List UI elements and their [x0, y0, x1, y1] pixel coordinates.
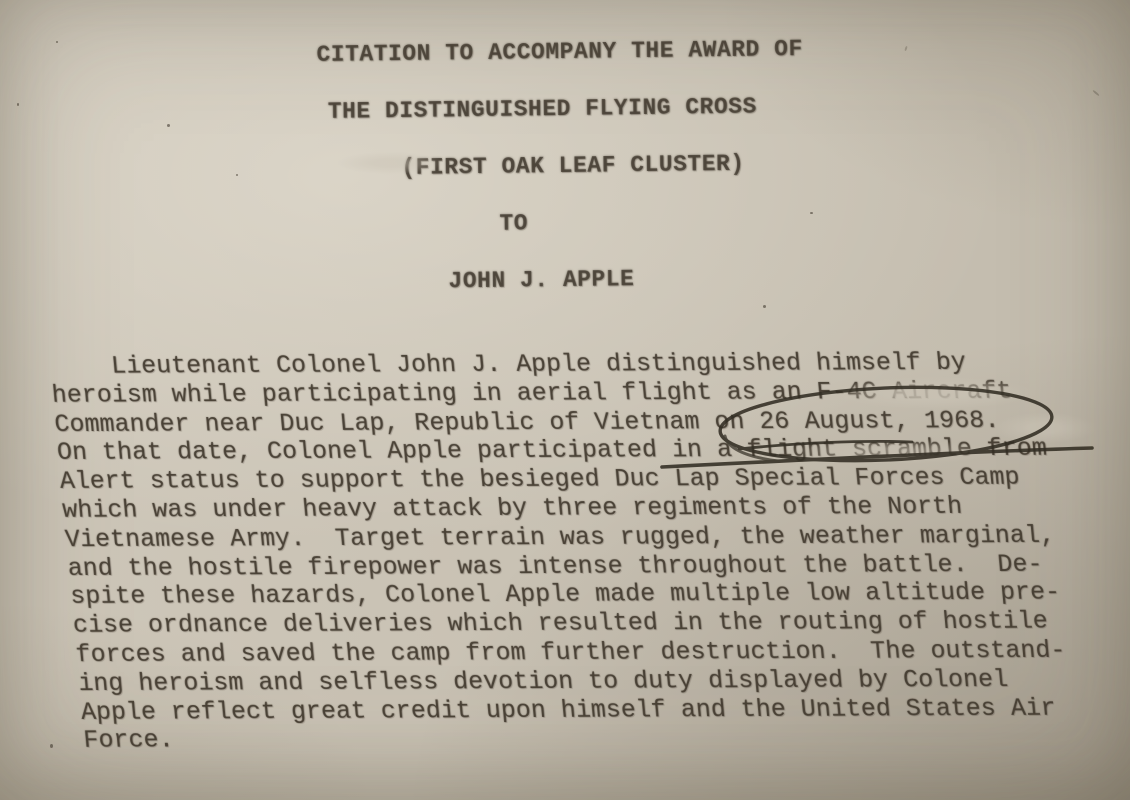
heading-line-medal-name: THE DISTINGUISHED FLYING CROSS [328, 95, 757, 124]
body-line: Force. [82, 723, 1074, 756]
paper-speck [17, 103, 19, 106]
paper-speck [56, 41, 58, 43]
heading-line-oak-leaf-cluster: (FIRST OAK LEAF CLUSTER) [401, 152, 745, 180]
paper-speck [810, 212, 813, 214]
paper-speck [763, 305, 766, 308]
heading-line-award-of: CITATION TO ACCOMPANY THE AWARD OF [316, 37, 803, 67]
body-line: Apple reflect great credit upon himself … [80, 694, 1072, 727]
citation-body: Lieutenant Colonel John J. Apple disting… [48, 349, 1075, 756]
citation-heading: CITATION TO ACCOMPANY THE AWARD OF THE D… [0, 33, 1130, 299]
document-photo: CITATION TO ACCOMPANY THE AWARD OF THE D… [0, 0, 1130, 800]
paper-speck [50, 744, 53, 748]
paper-speck [167, 124, 170, 127]
paper-speck [236, 174, 238, 176]
heading-line-to: TO [499, 211, 528, 235]
recipient-name: JOHN J. APPLE [448, 267, 634, 293]
